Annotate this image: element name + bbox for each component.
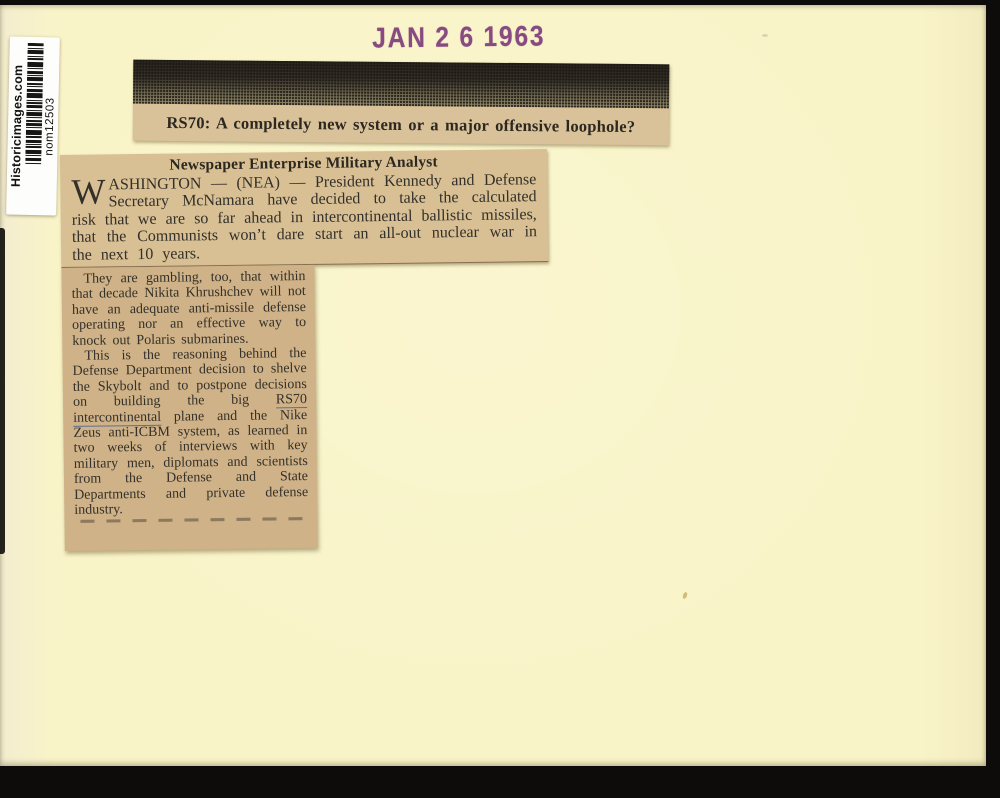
- headline-clipping: RS70: A completely new system or a major…: [133, 60, 670, 146]
- label-item-id: nom12503: [43, 97, 56, 156]
- scanner-bed-edge: [0, 228, 5, 554]
- paragraph-3-pre: This is the reasoning behind the Defense…: [73, 346, 307, 410]
- barcode: [24, 43, 43, 209]
- lead-text: ASHINGTON — (NEA) — President Kennedy an…: [72, 171, 537, 263]
- article-clipping: Newspaper Enterprise Military Analyst WA…: [60, 149, 552, 551]
- dropcap-letter: W: [71, 176, 108, 206]
- clipping-headline: RS70: A completely new system or a major…: [133, 104, 669, 138]
- scanner-background: { "label": { "site": "Historicimages.com…: [0, 0, 1000, 798]
- article-paragraph-3: This is the reasoning behind the Defense…: [72, 346, 308, 518]
- article-paragraph-2: They are gambling, too, that within that…: [71, 269, 306, 349]
- photo-halftone-strip: [133, 60, 669, 109]
- article-lead-paragraph: WASHINGTON — (NEA) — President Kennedy a…: [71, 171, 537, 264]
- archive-barcode-label: Historicimages.com nom12503: [6, 36, 60, 215]
- paper-speck: [682, 592, 688, 600]
- date-stamp: JAN 2 6 1963: [372, 20, 545, 55]
- label-site-text: Historicimages.com: [9, 64, 26, 187]
- article-lead-block: Newspaper Enterprise Military Analyst WA…: [60, 149, 548, 268]
- paper-speck: [762, 34, 768, 37]
- article-column-block: They are gambling, too, that within that…: [61, 265, 317, 551]
- cut-off-text-edge: [74, 516, 308, 527]
- photo-paper-back: JAN 2 6 1963 RS70: A completely new syst…: [0, 5, 986, 766]
